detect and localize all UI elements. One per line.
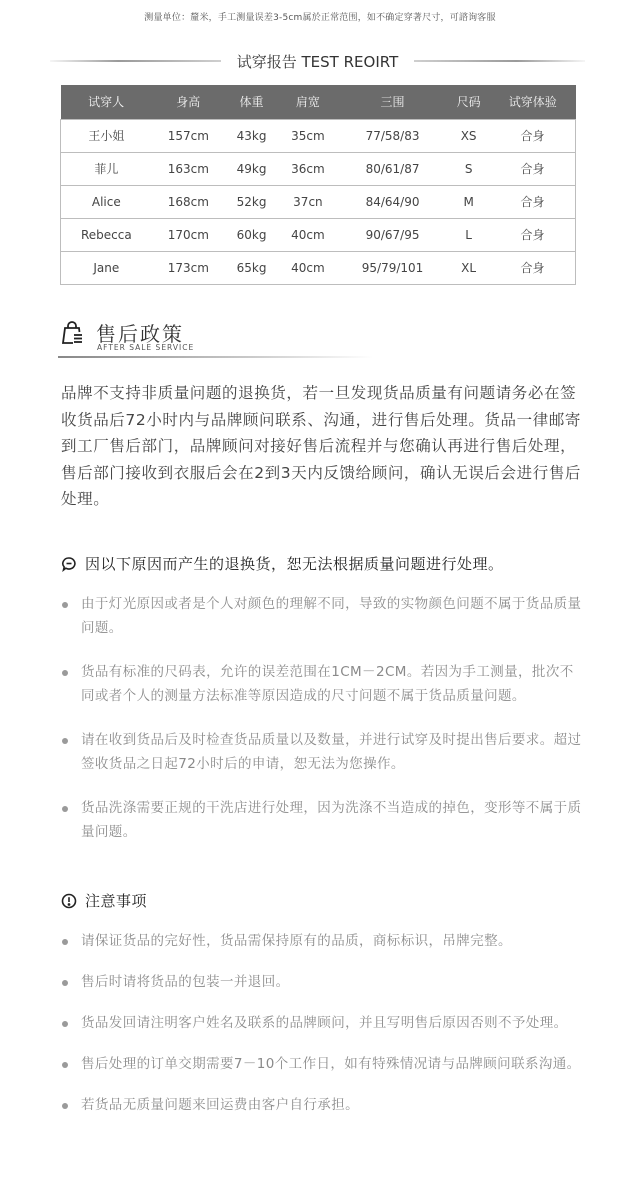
table-row: Jane 173cm 65kg 40cm 95/79/101 XL 合身 xyxy=(61,251,576,284)
exclusions-heading-text: 因以下原因而产生的退换货，恕无法根据质量问题进行处理。 xyxy=(85,553,504,574)
cell-weight: 60kg xyxy=(225,218,278,251)
after-sale-subtitle: AFTER SALE SERVICE xyxy=(97,343,194,352)
table-header-row: 试穿人 身高 体重 肩宽 三围 尺码 试穿体验 xyxy=(61,85,576,119)
notes-heading: 注意事项 xyxy=(61,890,147,911)
table-row: 菲儿 163cm 49kg 36cm 80/61/87 S 合身 xyxy=(61,152,576,185)
exclusions-heading: 因以下原因而产生的退换货，恕无法根据质量问题进行处理。 xyxy=(61,553,504,574)
table-row: Rebecca 170cm 60kg 40cm 90/67/95 L 合身 xyxy=(61,218,576,251)
table-row: 王小姐 157cm 43kg 35cm 77/58/83 XS 合身 xyxy=(61,119,576,152)
notes-list: 请保证货品的完好性，货品需保持原有的品质，商标标识，吊牌完整。 售后时请将货品的… xyxy=(61,929,586,1134)
cell-measurements: 95/79/101 xyxy=(338,251,447,284)
cell-weight: 43kg xyxy=(225,119,278,152)
exclamation-circle-icon xyxy=(61,893,77,909)
cell-size: XS xyxy=(447,119,490,152)
list-item: 售后时请将货品的包装一并退回。 xyxy=(61,970,586,994)
cell-name: Alice xyxy=(61,185,152,218)
table-row: Alice 168cm 52kg 37cn 84/64/90 M 合身 xyxy=(61,185,576,218)
list-item: 请在收到货品后及时检查货品质量以及数量，并进行试穿及时提出售后要求。超过签收货品… xyxy=(61,728,586,776)
report-title: 试穿报告 TEST REOIRT xyxy=(221,51,415,72)
cell-fit: 合身 xyxy=(490,119,576,152)
divider-right xyxy=(414,60,585,62)
list-item: 请保证货品的完好性，货品需保持原有的品质，商标标识，吊牌完整。 xyxy=(61,929,586,953)
fitting-report-table: 试穿人 身高 体重 肩宽 三围 尺码 试穿体验 王小姐 157cm 43kg 3… xyxy=(60,85,576,285)
column-header: 体重 xyxy=(225,85,278,119)
cell-measurements: 84/64/90 xyxy=(338,185,447,218)
shopping-bag-icon xyxy=(60,321,84,345)
cell-fit: 合身 xyxy=(490,185,576,218)
cell-fit: 合身 xyxy=(490,251,576,284)
column-header: 试穿体验 xyxy=(490,85,576,119)
cell-size: L xyxy=(447,218,490,251)
cell-size: M xyxy=(447,185,490,218)
list-item: 若货品无质量问题来回运费由客户自行承担。 xyxy=(61,1093,586,1117)
cell-measurements: 80/61/87 xyxy=(338,152,447,185)
divider-left xyxy=(50,60,221,62)
list-item: 货品发回请注明客户姓名及联系的品牌顾问，并且写明售后原因否则不予处理。 xyxy=(61,1011,586,1035)
cell-weight: 52kg xyxy=(225,185,278,218)
cell-height: 168cm xyxy=(152,185,225,218)
column-header: 尺码 xyxy=(447,85,490,119)
cell-fit: 合身 xyxy=(490,218,576,251)
cell-name: Rebecca xyxy=(61,218,152,251)
after-sale-divider xyxy=(58,356,373,358)
exclusions-list: 由于灯光原因或者是个人对颜色的理解不同，导致的实物颜色问题不属于货品质量问题。 … xyxy=(61,592,586,864)
cell-shoulder: 36cm xyxy=(278,152,338,185)
cell-measurements: 90/67/95 xyxy=(338,218,447,251)
cell-size: XL xyxy=(447,251,490,284)
cell-name: 菲儿 xyxy=(61,152,152,185)
column-header: 试穿人 xyxy=(61,85,152,119)
cell-height: 170cm xyxy=(152,218,225,251)
cell-height: 157cm xyxy=(152,119,225,152)
column-header: 身高 xyxy=(152,85,225,119)
column-header: 三围 xyxy=(338,85,447,119)
speech-bubble-icon xyxy=(61,556,77,572)
cell-height: 173cm xyxy=(152,251,225,284)
cell-size: S xyxy=(447,152,490,185)
cell-shoulder: 40cm xyxy=(278,251,338,284)
column-header: 肩宽 xyxy=(278,85,338,119)
after-sale-intro: 品牌不支持非质量问题的退换货，若一旦发现货品质量有问题请务必在签收货品后72小时… xyxy=(61,380,586,513)
cell-name: 王小姐 xyxy=(61,119,152,152)
cell-height: 163cm xyxy=(152,152,225,185)
list-item: 由于灯光原因或者是个人对颜色的理解不同，导致的实物颜色问题不属于货品质量问题。 xyxy=(61,592,586,640)
cell-weight: 65kg xyxy=(225,251,278,284)
list-item: 货品洗涤需要正规的干洗店进行处理，因为洗涤不当造成的掉色，变形等不属于质量问题。 xyxy=(61,796,586,844)
cell-shoulder: 35cm xyxy=(278,119,338,152)
cell-name: Jane xyxy=(61,251,152,284)
measurement-note: 测量单位：釐米，手工测量误差3-5cm属於正常范围，如不确定穿著尺寸，可諮询客服 xyxy=(0,10,640,23)
cell-shoulder: 37cn xyxy=(278,185,338,218)
list-item: 售后处理的订单交期需要7－10个工作日，如有特殊情况请与品牌顾问联系沟通。 xyxy=(61,1052,586,1076)
report-title-row: 试穿报告 TEST REOIRT xyxy=(50,49,585,73)
cell-weight: 49kg xyxy=(225,152,278,185)
cell-measurements: 77/58/83 xyxy=(338,119,447,152)
notes-heading-text: 注意事项 xyxy=(85,890,147,911)
cell-shoulder: 40cm xyxy=(278,218,338,251)
list-item: 货品有标准的尺码表，允许的误差范围在1CM－2CM。若因为手工测量，批次不同或者… xyxy=(61,660,586,708)
cell-fit: 合身 xyxy=(490,152,576,185)
